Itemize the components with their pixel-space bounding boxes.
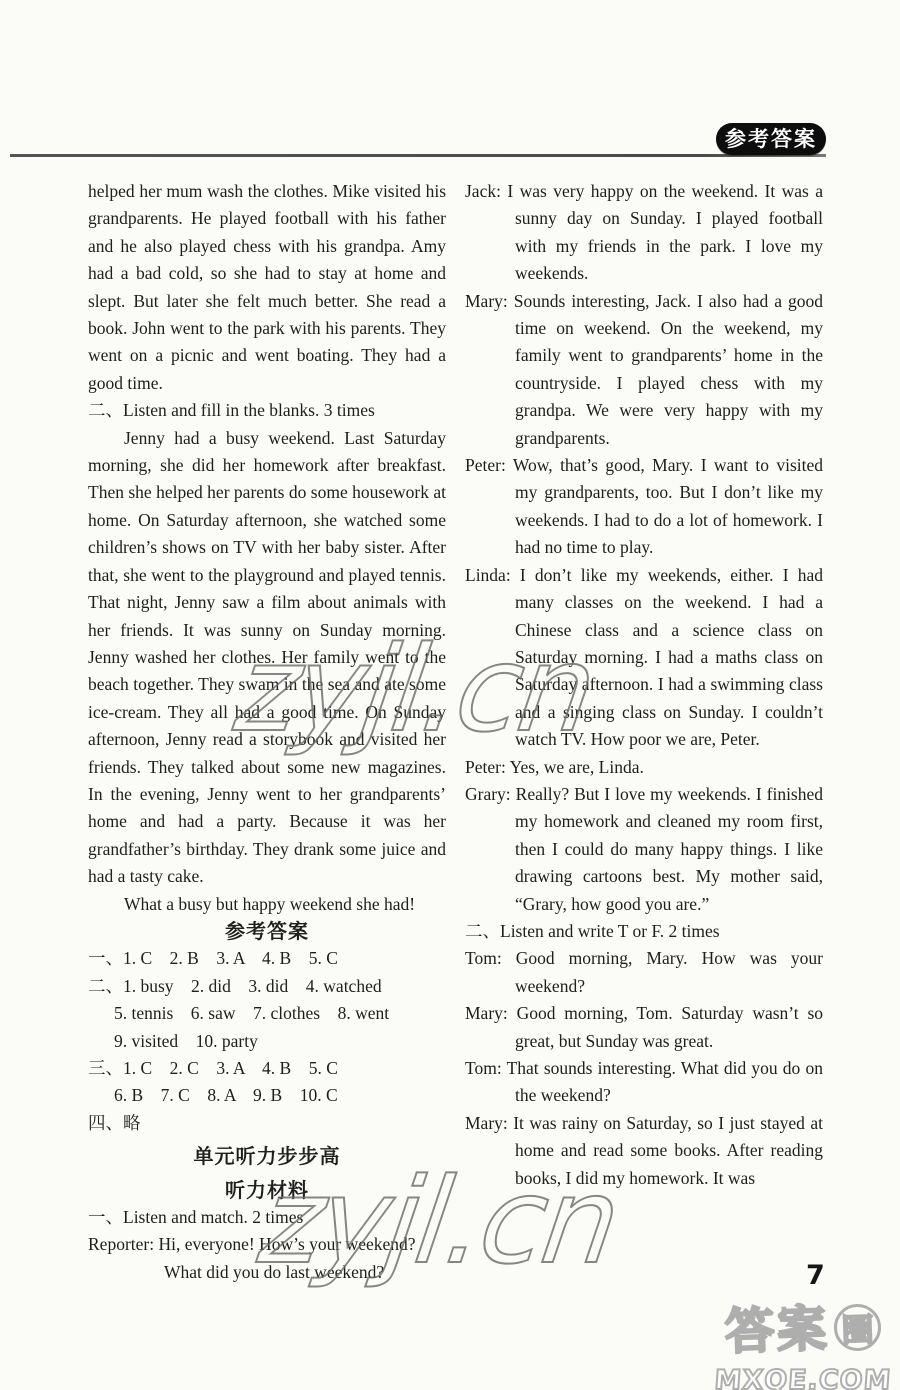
- listening-material-heading: 听力材料: [88, 1177, 446, 1204]
- dialogue-text: Good morning, Mary. How was your weekend…: [515, 948, 823, 995]
- section-heading-listen-match: 一、Listen and match. 2 times: [88, 1204, 446, 1231]
- page-number: 7: [806, 1260, 825, 1291]
- speaker-label: Mary:: [465, 291, 508, 311]
- dialogue-text: It was rainy on Saturday, so I just stay…: [513, 1113, 823, 1188]
- answer-line-3: 5. tennis 6. saw 7. clothes 8. went: [88, 1000, 446, 1027]
- paragraph-closing: What a busy but happy weekend she had!: [88, 891, 446, 918]
- paragraph-jenny-weekend: Jenny had a busy weekend. Last Saturday …: [88, 425, 446, 891]
- brand-logo-row: 答案 圈: [710, 1292, 896, 1362]
- brand-watermark: 答案 圈 MXQE.COM: [710, 1292, 896, 1390]
- section-heading-listen-fill-blanks: 二、Listen and fill in the blanks. 3 times: [88, 397, 446, 424]
- dialogue-peter-1: Peter: Wow, that’s good, Mary. I want to…: [465, 452, 823, 562]
- paragraph-continued: helped her mum wash the clothes. Mike vi…: [88, 178, 446, 397]
- right-column: Jack: I was very happy on the weekend. I…: [465, 178, 823, 1192]
- speaker-label: Peter:: [465, 757, 506, 777]
- dialogue-tom-1: Tom: Good morning, Mary. How was your we…: [465, 945, 823, 1000]
- dialogue-mary-3: Mary: It was rainy on Saturday, so I jus…: [465, 1110, 823, 1192]
- answer-line-7: 四、略: [88, 1110, 446, 1137]
- dialogue-text: Yes, we are, Linda.: [510, 757, 644, 777]
- speaker-label: Linda:: [465, 565, 511, 585]
- answer-line-1: 一、1. C 2. B 3. A 4. B 5. C: [88, 945, 446, 972]
- dialogue-mary-2: Mary: Good morning, Tom. Saturday wasn’t…: [465, 1000, 823, 1055]
- answer-line-6: 6. B 7. C 8. A 9. B 10. C: [88, 1082, 446, 1109]
- answer-line-2: 二、1. busy 2. did 3. did 4. watched: [88, 973, 446, 1000]
- dialogue-reporter: Reporter: Hi, everyone! How’s your weeke…: [88, 1231, 446, 1286]
- speaker-label: Mary:: [465, 1003, 508, 1023]
- dialogue-grary-1: Grary: Really? But I love my weekends. I…: [465, 781, 823, 918]
- brand-name-text: 答案: [724, 1290, 830, 1364]
- dialogue-text: I was very happy on the weekend. It was …: [507, 181, 823, 283]
- answers-heading: 参考答案: [88, 918, 446, 945]
- header-divider-line: [10, 154, 826, 157]
- speaker-label: Reporter:: [88, 1234, 154, 1254]
- left-column: helped her mum wash the clothes. Mike vi…: [88, 178, 446, 1286]
- dialogue-mary-1: Mary: Sounds interesting, Jack. I also h…: [465, 288, 823, 452]
- dialogue-text: Sounds interesting, Jack. I also had a g…: [514, 291, 823, 448]
- section-heading-listen-write-tf: 二、Listen and write T or F. 2 times: [465, 918, 823, 945]
- brand-circle-icon: 圈: [833, 1303, 882, 1352]
- dialogue-text: That sounds interesting. What did you do…: [507, 1058, 823, 1105]
- dialogue-linda-1: Linda: I don’t like my weekends, either.…: [465, 562, 823, 754]
- speaker-label: Grary:: [465, 784, 511, 804]
- dialogue-text: Good morning, Tom. Saturday wasn’t so gr…: [515, 1003, 823, 1050]
- speaker-label: Tom:: [465, 948, 502, 968]
- dialogue-text: Hi, everyone! How’s your weekend? What d…: [158, 1234, 415, 1281]
- answer-line-4: 9. visited 10. party: [88, 1028, 446, 1055]
- dialogue-peter-2: Peter: Yes, we are, Linda.: [465, 754, 823, 781]
- brand-url-text: MXQE.COM: [709, 1365, 897, 1390]
- speaker-label: Peter:: [465, 455, 506, 475]
- speaker-label: Tom:: [465, 1058, 502, 1078]
- speaker-label: Jack:: [465, 181, 501, 201]
- dialogue-text: Wow, that’s good, Mary. I want to visite…: [513, 455, 823, 557]
- unit-listening-heading: 单元听力步步高: [88, 1143, 446, 1170]
- speaker-label: Mary:: [465, 1113, 508, 1133]
- answer-line-5: 三、1. C 2. C 3. A 4. B 5. C: [88, 1055, 446, 1082]
- dialogue-text: Really? But I love my weekends. I finish…: [515, 784, 823, 914]
- answer-key-badge: 参考答案: [716, 123, 826, 155]
- dialogue-text: I don’t like my weekends, either. I had …: [515, 565, 823, 749]
- dialogue-jack-1: Jack: I was very happy on the weekend. I…: [465, 178, 823, 288]
- dialogue-tom-2: Tom: That sounds interesting. What did y…: [465, 1055, 823, 1110]
